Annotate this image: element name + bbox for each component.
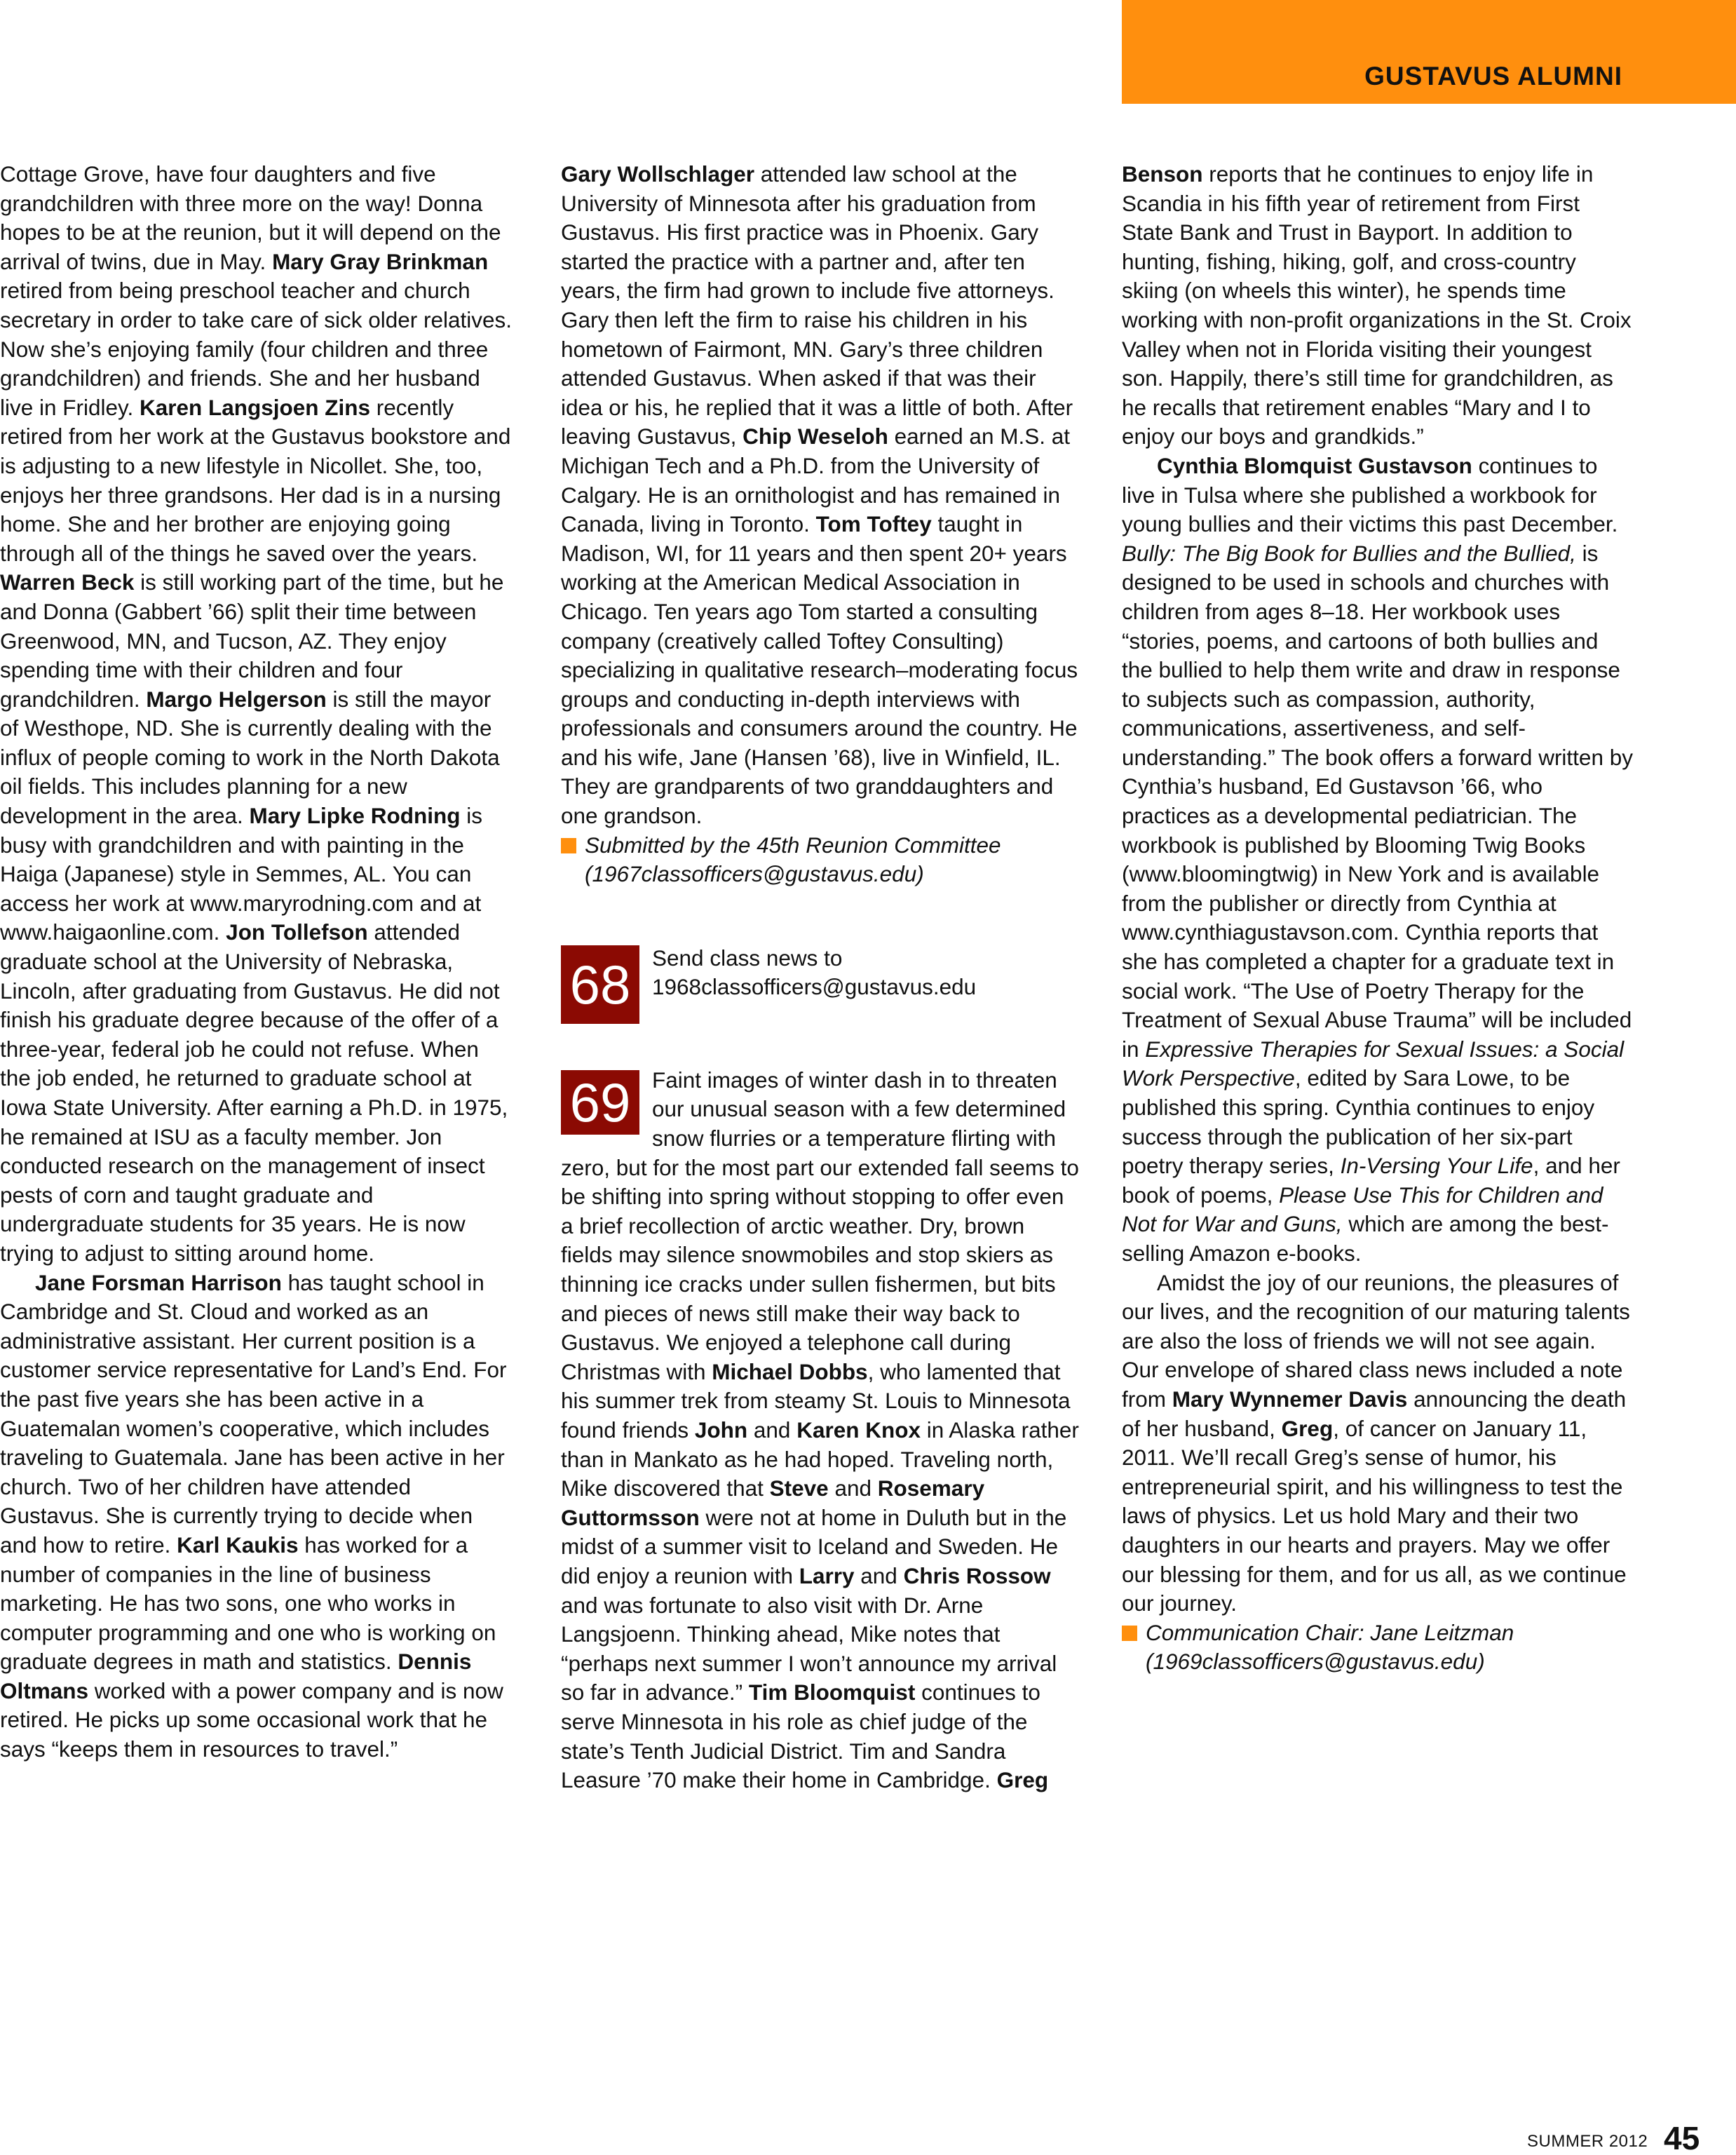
- paragraph: Cottage Grove, have four daughters and f…: [0, 160, 515, 1269]
- class-year-badge-69: 69: [561, 1070, 639, 1135]
- issue-label: SUMMER 2012: [1527, 2132, 1648, 2151]
- signature-line: Communication Chair: Jane Leitzman: [1146, 1619, 1634, 1648]
- column-1-body: Cottage Grove, have four daughters and f…: [0, 160, 515, 1764]
- person-name: Tom Toftey: [816, 511, 932, 536]
- class-1969-signature: Communication Chair: Jane Leitzman (1969…: [1122, 1619, 1634, 1677]
- class-1968-block: 68 Send class news to 1968classofficers@…: [561, 944, 1080, 1021]
- person-name: Greg: [997, 1767, 1049, 1792]
- person-name: Benson: [1122, 161, 1203, 187]
- paragraph: Amidst the joy of our reunions, the plea…: [1122, 1269, 1634, 1619]
- class-year-badge-68: 68: [561, 945, 639, 1024]
- person-name: Chip Weseloh: [742, 424, 888, 449]
- class-1969-block: 69 Faint images of winter dash in to thr…: [561, 1066, 1080, 1795]
- text-run: attended graduate school at the Universi…: [0, 919, 508, 1266]
- column-1: Cottage Grove, have four daughters and f…: [0, 160, 515, 1764]
- signature-email[interactable]: (1967classofficers@gustavus.edu): [585, 860, 1080, 889]
- page-number: 45: [1664, 2119, 1700, 2155]
- text-run: recently retired from her work at the Gu…: [0, 395, 510, 566]
- paragraph: Gary Wollschlager attended law school at…: [561, 160, 1080, 831]
- class-1967-signature: Submitted by the 45th Reunion Committee …: [561, 831, 1080, 889]
- person-name: Karen Langsjoen Zins: [140, 395, 370, 420]
- paragraph: Cynthia Blomquist Gustavson continues to…: [1122, 452, 1634, 1269]
- person-name: Mary Lipke Rodning: [249, 803, 460, 828]
- column-3-body: Benson reports that he continues to enjo…: [1122, 160, 1634, 1619]
- signature-email[interactable]: (1969classofficers@gustavus.edu): [1146, 1647, 1634, 1677]
- text-run: taught in Madison, WI, for 11 years and …: [561, 511, 1078, 828]
- book-title: Bully: The Big Book for Bullies and the …: [1122, 541, 1576, 566]
- text-run: attended law school at the University of…: [561, 161, 1073, 449]
- person-name: Steve: [770, 1475, 829, 1501]
- section-title: GUSTAVUS ALUMNI: [1364, 62, 1622, 91]
- signature-line: Submitted by the 45th Reunion Committee: [585, 831, 1080, 860]
- person-name: Mary Gray Brinkman: [272, 249, 488, 274]
- person-name: Larry: [799, 1563, 855, 1588]
- person-name: Jon Tollefson: [226, 919, 367, 945]
- class-1969-text: Faint images of winter dash in to threat…: [561, 1066, 1080, 1795]
- person-name: Warren Beck: [0, 569, 134, 595]
- text-run: and: [747, 1417, 796, 1443]
- person-name: Mary Wynnemer Davis: [1172, 1386, 1408, 1412]
- text-run: reports that he continues to enjoy life …: [1122, 161, 1632, 449]
- person-name: Margo Helgerson: [146, 687, 326, 712]
- column-2: Gary Wollschlager attended law school at…: [561, 160, 1080, 1795]
- person-name: Gary Wollschlager: [561, 161, 754, 187]
- text-run: and: [855, 1563, 904, 1588]
- book-title: In-Versing Your Life: [1341, 1153, 1533, 1178]
- person-name: Tim Bloomquist: [749, 1680, 915, 1705]
- person-name: Michael Dobbs: [712, 1359, 867, 1384]
- section-banner: GUSTAVUS ALUMNI: [1122, 0, 1736, 104]
- person-name: Karen Knox: [796, 1417, 921, 1443]
- person-name: John: [695, 1417, 747, 1443]
- column-3: Benson reports that he continues to enjo…: [1122, 160, 1634, 1677]
- text-run: has taught school in Cambridge and St. C…: [0, 1270, 507, 1558]
- paragraph: Benson reports that he continues to enjo…: [1122, 160, 1634, 452]
- person-name: Greg: [1282, 1416, 1334, 1441]
- person-name: Cynthia Blomquist Gustavson: [1157, 453, 1472, 478]
- text-run: is designed to be used in schools and ch…: [1122, 541, 1633, 1062]
- text-run: and: [829, 1475, 878, 1501]
- paragraph: Jane Forsman Harrison has taught school …: [0, 1269, 515, 1764]
- column-2-body: Gary Wollschlager attended law school at…: [561, 160, 1080, 831]
- text-run: , of cancer on January 11, 2011. We’ll r…: [1122, 1416, 1627, 1616]
- orange-square-bullet-icon: [561, 838, 576, 853]
- orange-square-bullet-icon: [1122, 1626, 1137, 1641]
- person-name: Chris Rossow: [904, 1563, 1051, 1588]
- person-name: Karl Kaukis: [177, 1532, 298, 1558]
- person-name: Jane Forsman Harrison: [35, 1270, 282, 1295]
